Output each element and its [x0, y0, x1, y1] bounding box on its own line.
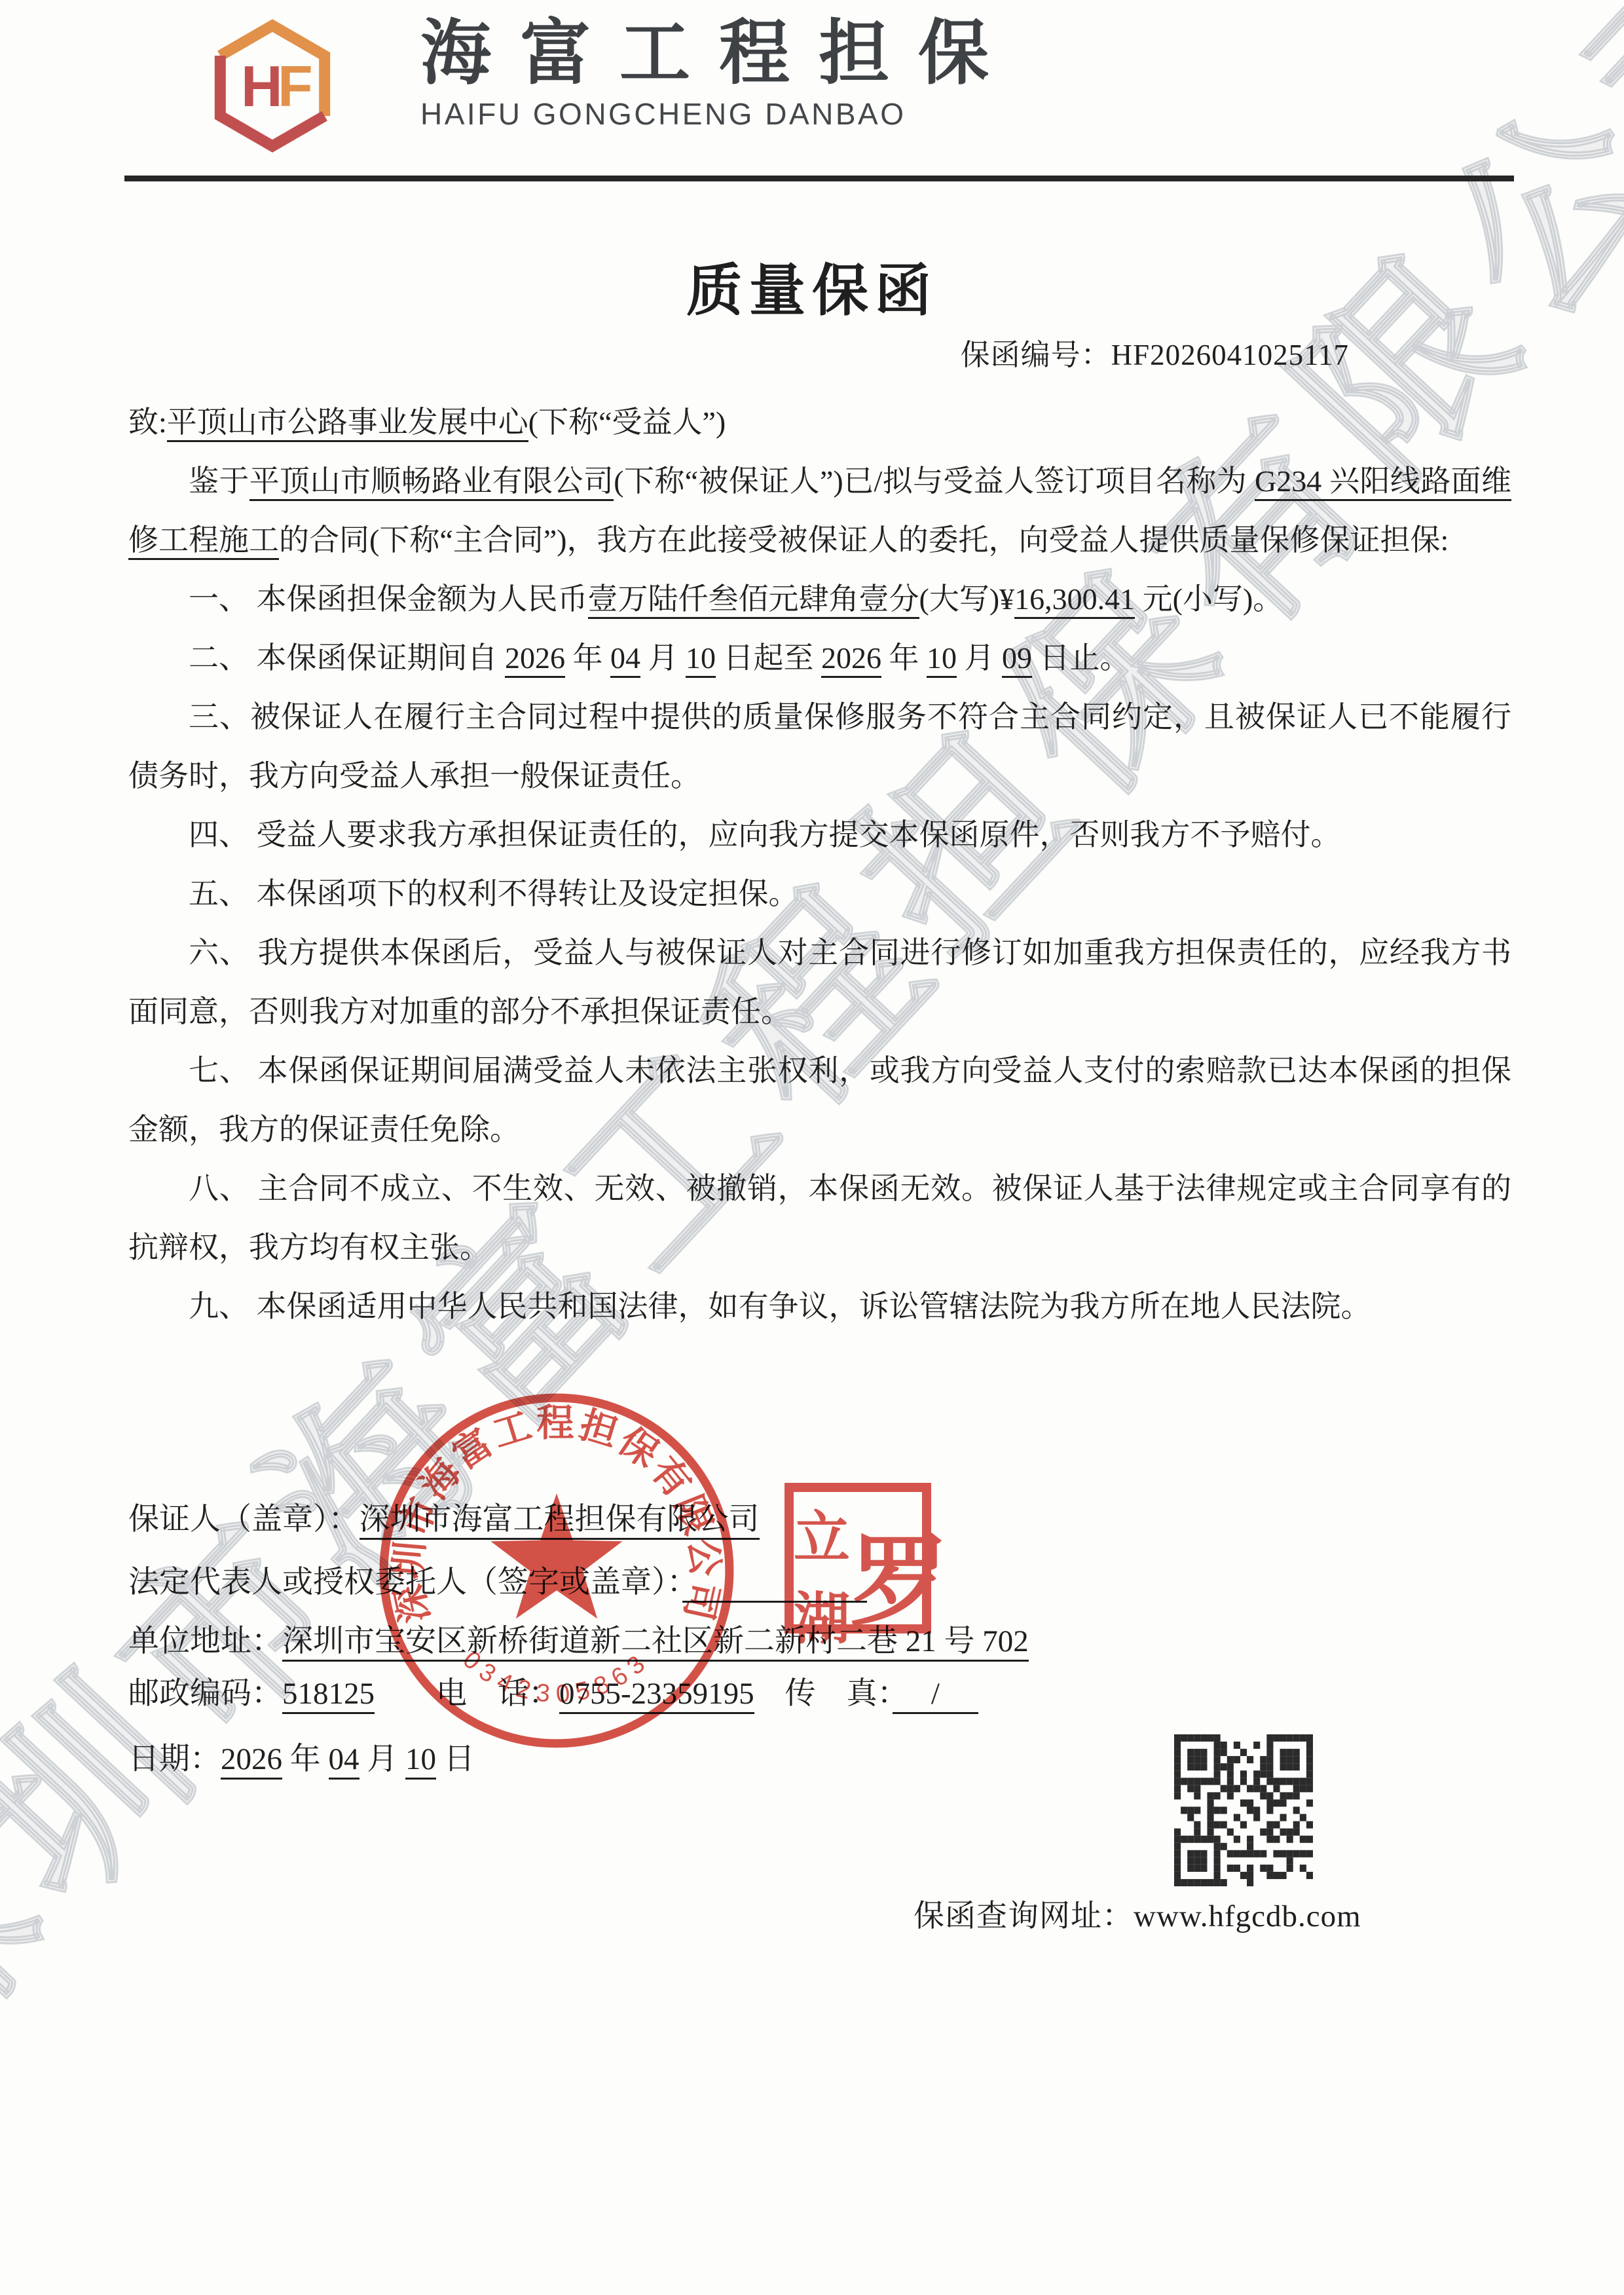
header-divider	[124, 176, 1514, 181]
brand-name-pinyin: HAIFU GONGCHENG DANBAO	[420, 96, 1018, 132]
static-text: 的合同(下称“主合同”)，我方在此接受被保证人的委托，向受益人提供质量保修保证担…	[279, 523, 1449, 557]
static-text: 四、 受益人要求我方承担保证责任的，应向我方提交本保函原件，否则我方不予赔付。	[189, 818, 1341, 851]
static-text: 日起至	[716, 641, 821, 675]
brand-name-chinese: 海富工程担保	[420, 14, 1018, 92]
static-text: 九、 本保函适用中华人民共和国法律，如有争议，诉讼管辖法院为我方所在地人民法院。	[189, 1290, 1371, 1323]
static-text: (下称“受益人”)	[528, 405, 726, 439]
guarantee-number-value: HF2026041025117	[1111, 339, 1349, 371]
static-text: (大写)¥	[919, 582, 1015, 616]
static-text: 日止。	[1032, 641, 1130, 675]
filled-in-value: 深圳市海富工程担保有限公司	[360, 1502, 760, 1540]
static-text: 月	[640, 641, 686, 675]
verification-qr-code	[1174, 1734, 1313, 1886]
filled-in-value: 09	[1002, 641, 1032, 678]
static-text: 月	[360, 1742, 406, 1776]
clause-8: 八、 主合同不成立、不生效、无效、被撤销，本保函无效。被保证人基于法律规定或主合…	[128, 1159, 1511, 1277]
static-text: 邮政编码：	[128, 1677, 282, 1711]
static-text: 二、 本保函保证期间自	[189, 641, 505, 675]
static-text: 五、 本保函项下的权利不得转让及设定担保。	[189, 877, 799, 910]
intro-paragraph: 鉴于平顶山市顺畅路业有限公司(下称“被保证人”)已/拟与受益人签订项目名称为 G…	[128, 452, 1511, 570]
logo-letter-f: F	[278, 54, 313, 119]
brand-block: 海富工程担保 HAIFU GONGCHENG DANBAO	[420, 14, 1018, 132]
static-text: 日期：	[128, 1742, 221, 1776]
clause-5: 五、 本保函项下的权利不得转让及设定担保。	[128, 865, 1511, 924]
logo-letter-h: H	[241, 54, 283, 119]
static-text: 单位地址：	[128, 1624, 282, 1658]
static-text: 年	[881, 641, 927, 675]
guarantee-number-line: 保函编号：HF2026041025117	[961, 331, 1349, 373]
guarantee-document-page: 深圳市海富工程担保有限公司 H F 海富工程担保 HAIFU GONGCHENG…	[0, 0, 1624, 2295]
clause-list: 一、 本保函担保金额为人民币壹万陆仟叁佰元肆角壹分(大写)¥16,300.41 …	[128, 570, 1511, 1336]
filled-in-value: 2026	[221, 1742, 282, 1780]
static-text: 传 真：	[754, 1677, 893, 1711]
static-text: 年	[565, 641, 610, 675]
static-text: 日	[436, 1742, 475, 1776]
filled-in-value: 04	[329, 1742, 360, 1780]
filled-in-value: 深圳市宝安区新桥街道新二社区新二新村二巷 21 号 702	[282, 1624, 1029, 1662]
static-text: 八、 主合同不成立、不生效、无效、被撤销，本保函无效。被保证人基于法律规定或主合…	[128, 1172, 1511, 1264]
static-text: 电 话：	[375, 1677, 559, 1711]
filled-in-value	[682, 1565, 867, 1603]
static-text: 法定代表人或授权委托人（签字或盖章）：	[128, 1565, 682, 1599]
static-text: 元(小写)。	[1135, 582, 1283, 616]
static-text: 六、 我方提供本保函后，受益人与被保证人对主合同进行修订如加重我方担保责任的，应…	[128, 936, 1511, 1028]
filled-in-value: 2026	[505, 641, 565, 678]
clause-3: 三、被保证人在履行主合同过程中提供的质量保修服务不符合主合同约定，且被保证人已不…	[128, 688, 1511, 806]
filled-in-value: 10	[927, 641, 957, 678]
static-text: 七、 本保函保证期间届满受益人未依法主张权利，或我方向受益人支付的索赔款已达本保…	[128, 1054, 1511, 1146]
filled-in-value: 壹万陆仟叁佰元肆角壹分	[588, 582, 919, 619]
guarantee-number-label: 保函编号：	[961, 339, 1111, 371]
filled-in-value: 平顶山市公路事业发展中心	[167, 405, 528, 442]
filled-in-value: 0755-23359195	[559, 1677, 754, 1714]
clause-2: 二、 本保函保证期间自 2026 年 04 月 10 日起至 2026 年 10…	[128, 629, 1511, 688]
document-body: 致:平顶山市公路事业发展中心(下称“受益人”) 鉴于平顶山市顺畅路业有限公司(下…	[128, 393, 1511, 1336]
clause-7: 七、 本保函保证期间届满受益人未依法主张权利，或我方向受益人支付的索赔款已达本保…	[128, 1041, 1511, 1159]
filled-in-value: 10	[405, 1742, 436, 1780]
document-title: 质量保函	[0, 245, 1624, 326]
filled-in-value: 平顶山市顺畅路业有限公司	[249, 464, 614, 501]
filled-in-value: 10	[686, 641, 716, 678]
filled-in-value: 16,300.41	[1014, 582, 1135, 619]
filled-in-value: /	[893, 1677, 978, 1714]
company-address-line: 单位地址：深圳市宝安区新桥街道新二社区新二新村二巷 21 号 702	[128, 1616, 1511, 1660]
filled-in-value: 518125	[282, 1677, 375, 1714]
static-text: 月	[957, 641, 1002, 675]
postal-phone-fax-line: 邮政编码：518125 电 话：0755-23359195 传 真： /	[128, 1669, 1511, 1713]
filled-in-value: 2026	[821, 641, 881, 678]
static-text: (下称“被保证人”)已/拟与受益人签订项目名称为	[614, 464, 1255, 498]
verification-url-caption: 保函查询网址：www.hfgcdb.com	[913, 1892, 1361, 1935]
company-logo-icon: H F	[164, 17, 381, 155]
static-text: 致:	[128, 405, 167, 439]
filled-in-value: 04	[610, 641, 640, 678]
static-text: 保证人（盖章）：	[128, 1502, 360, 1537]
clause-9: 九、 本保函适用中华人民共和国法律，如有争议，诉讼管辖法院为我方所在地人民法院。	[128, 1277, 1511, 1336]
clause-4: 四、 受益人要求我方承担保证责任的，应向我方提交本保函原件，否则我方不予赔付。	[128, 806, 1511, 865]
static-text: 鉴于	[189, 464, 249, 498]
static-text: 三、被保证人在履行主合同过程中提供的质量保修服务不符合主合同约定，且被保证人已不…	[128, 700, 1511, 793]
clause-1: 一、 本保函担保金额为人民币壹万陆仟叁佰元肆角壹分(大写)¥16,300.41 …	[128, 570, 1511, 629]
addressee-line: 致:平顶山市公路事业发展中心(下称“受益人”)	[128, 393, 1511, 452]
guarantor-line: 保证人（盖章）：深圳市海富工程担保有限公司	[128, 1495, 1511, 1539]
static-text: 一、 本保函担保金额为人民币	[189, 582, 588, 616]
clause-6: 六、 我方提供本保函后，受益人与被保证人对主合同进行修订如加重我方担保责任的，应…	[128, 924, 1511, 1041]
static-text: 年	[282, 1742, 329, 1776]
legal-representative-line: 法定代表人或授权委托人（签字或盖章）：	[128, 1558, 1511, 1601]
